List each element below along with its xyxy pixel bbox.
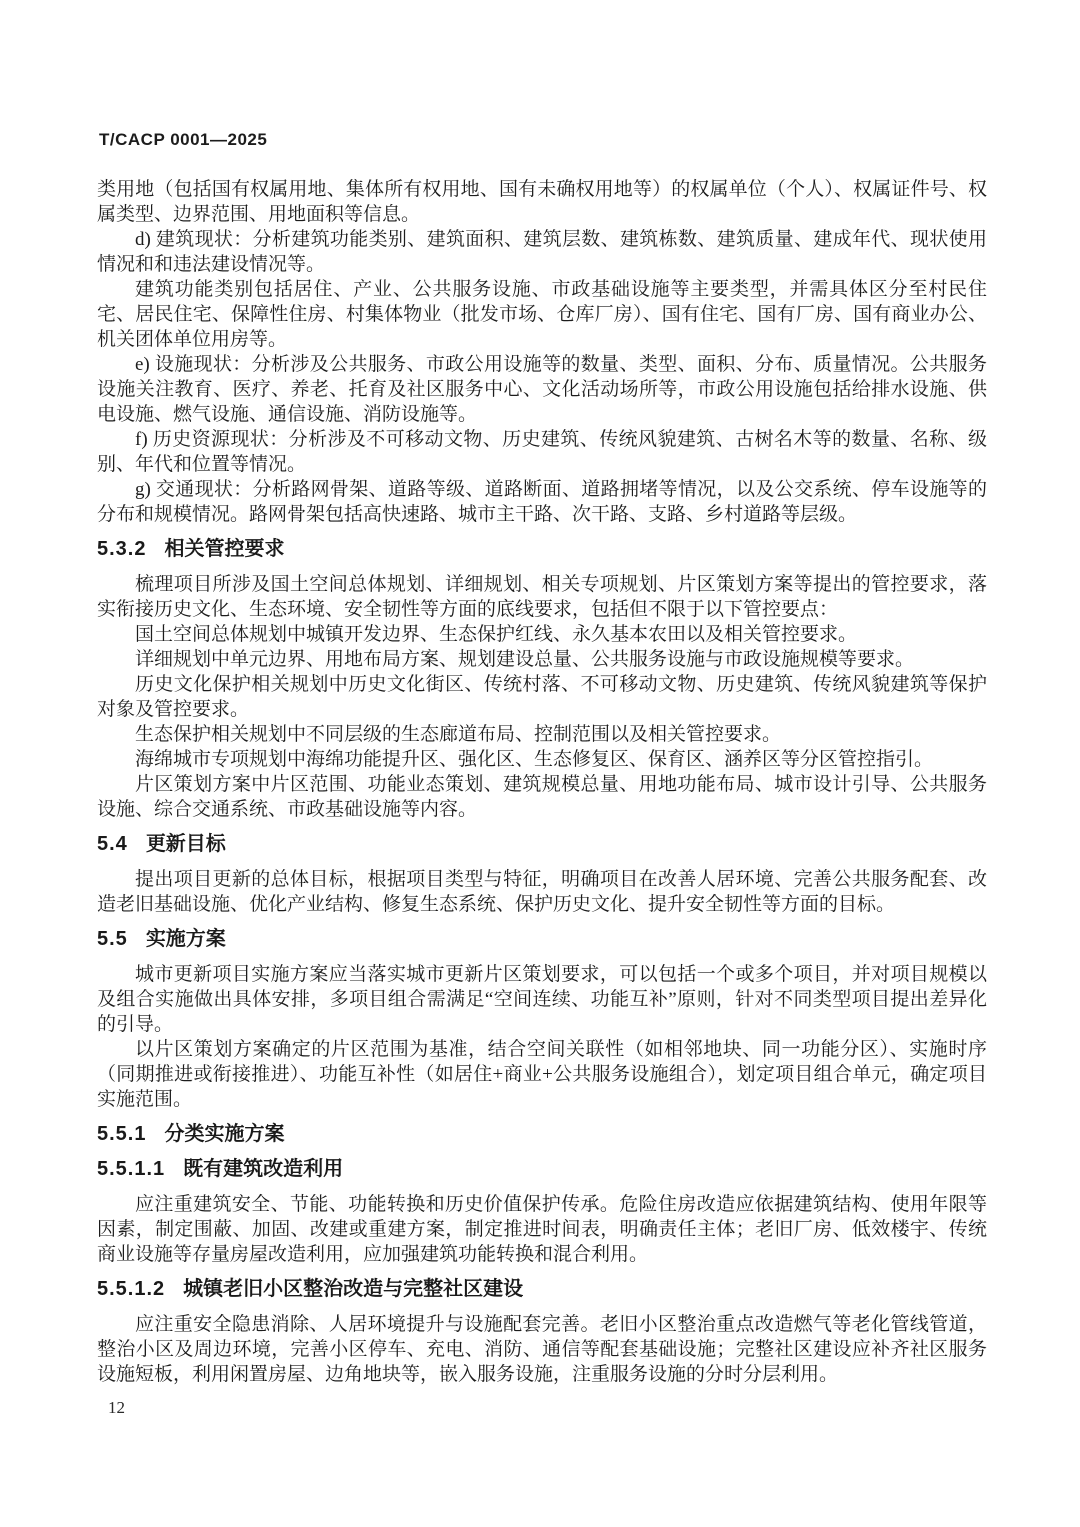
- section-number: 5.5.1: [97, 1122, 146, 1147]
- section-number: 5.5.1.2: [97, 1277, 165, 1302]
- paragraph-building-types: 建筑功能类别包括居住、产业、公共服务设施、市政基础设施等主要类型，并需具体区分至…: [97, 277, 987, 352]
- section-title: 既有建筑改造利用: [183, 1158, 343, 1180]
- control-point-item: 详细规划中单元边界、用地布局方案、规划建设总量、公共服务设施与市政设施规模等要求…: [97, 647, 987, 672]
- section-title: 实施方案: [146, 928, 226, 950]
- section-heading-5-5-1-2: 5.5.1.2城镇老旧小区整治改造与完整社区建设: [97, 1277, 987, 1302]
- section-heading-5-5: 5.5实施方案: [97, 927, 987, 952]
- paragraph: 应注重建筑安全、节能、功能转换和历史价值保护传承。危险住房改造应依据建筑结构、使…: [97, 1192, 987, 1267]
- paragraph: 梳理项目所涉及国土空间总体规划、详细规划、相关专项规划、片区策划方案等提出的管控…: [97, 572, 987, 622]
- section-number: 5.5.1.1: [97, 1157, 165, 1182]
- paragraph: 提出项目更新的总体目标，根据项目类型与特征，明确项目在改善人居环境、完善公共服务…: [97, 867, 987, 917]
- control-point-item: 海绵城市专项规划中海绵功能提升区、强化区、生态修复区、保育区、涵养区等分区管控指…: [97, 747, 987, 772]
- paragraph: 应注重安全隐患消除、人居环境提升与设施配套完善。老旧小区整治重点改造燃气等老化管…: [97, 1312, 987, 1387]
- section-title: 分类实施方案: [164, 1123, 284, 1145]
- section-number: 5.5: [97, 927, 128, 952]
- paragraph: 以片区策划方案确定的片区范围为基准，结合空间关联性（如相邻地块、同一功能分区）、…: [97, 1037, 987, 1112]
- paragraph: 城市更新项目实施方案应当落实城市更新片区策划要求，可以包括一个或多个项目，并对项…: [97, 962, 987, 1037]
- section-heading-5-3-2: 5.3.2相关管控要求: [97, 537, 987, 562]
- list-item-d: d) 建筑现状：分析建筑功能类别、建筑面积、建筑层数、建筑栋数、建筑质量、建成年…: [97, 227, 987, 277]
- paragraph-continuation: 类用地（包括国有权属用地、集体所有权用地、国有未确权用地等）的权属单位（个人）、…: [97, 177, 987, 227]
- section-title: 相关管控要求: [164, 538, 284, 560]
- section-number: 5.3.2: [97, 537, 146, 562]
- section-heading-5-4: 5.4更新目标: [97, 832, 987, 857]
- control-point-item: 片区策划方案中片区范围、功能业态策划、建筑规模总量、用地功能布局、城市设计引导、…: [97, 772, 987, 822]
- list-item-e: e) 设施现状：分析涉及公共服务、市政公用设施等的数量、类型、面积、分布、质量情…: [97, 352, 987, 427]
- section-title: 更新目标: [146, 833, 226, 855]
- control-point-item: 历史文化保护相关规划中历史文化街区、传统村落、不可移动文物、历史建筑、传统风貌建…: [97, 672, 987, 722]
- document-page: T/CACP 0001—2025 类用地（包括国有权属用地、集体所有权用地、国有…: [0, 0, 1080, 1527]
- list-item-f: f) 历史资源现状：分析涉及不可移动文物、历史建筑、传统风貌建筑、古树名木等的数…: [97, 427, 987, 477]
- document-body: 类用地（包括国有权属用地、集体所有权用地、国有未确权用地等）的权属单位（个人）、…: [97, 177, 987, 1387]
- list-item-g: g) 交通现状：分析路网骨架、道路等级、道路断面、道路拥堵等情况，以及公交系统、…: [97, 477, 987, 527]
- section-title: 城镇老旧小区整治改造与完整社区建设: [183, 1278, 523, 1300]
- page-number: 12: [108, 1398, 125, 1418]
- section-heading-5-5-1-1: 5.5.1.1既有建筑改造利用: [97, 1157, 987, 1182]
- control-point-item: 生态保护相关规划中不同层级的生态廊道布局、控制范围以及相关管控要求。: [97, 722, 987, 747]
- control-point-item: 国土空间总体规划中城镇开发边界、生态保护红线、永久基本农田以及相关管控要求。: [97, 622, 987, 647]
- standard-number: T/CACP 0001—2025: [99, 130, 267, 150]
- section-number: 5.4: [97, 832, 128, 857]
- section-heading-5-5-1: 5.5.1分类实施方案: [97, 1122, 987, 1147]
